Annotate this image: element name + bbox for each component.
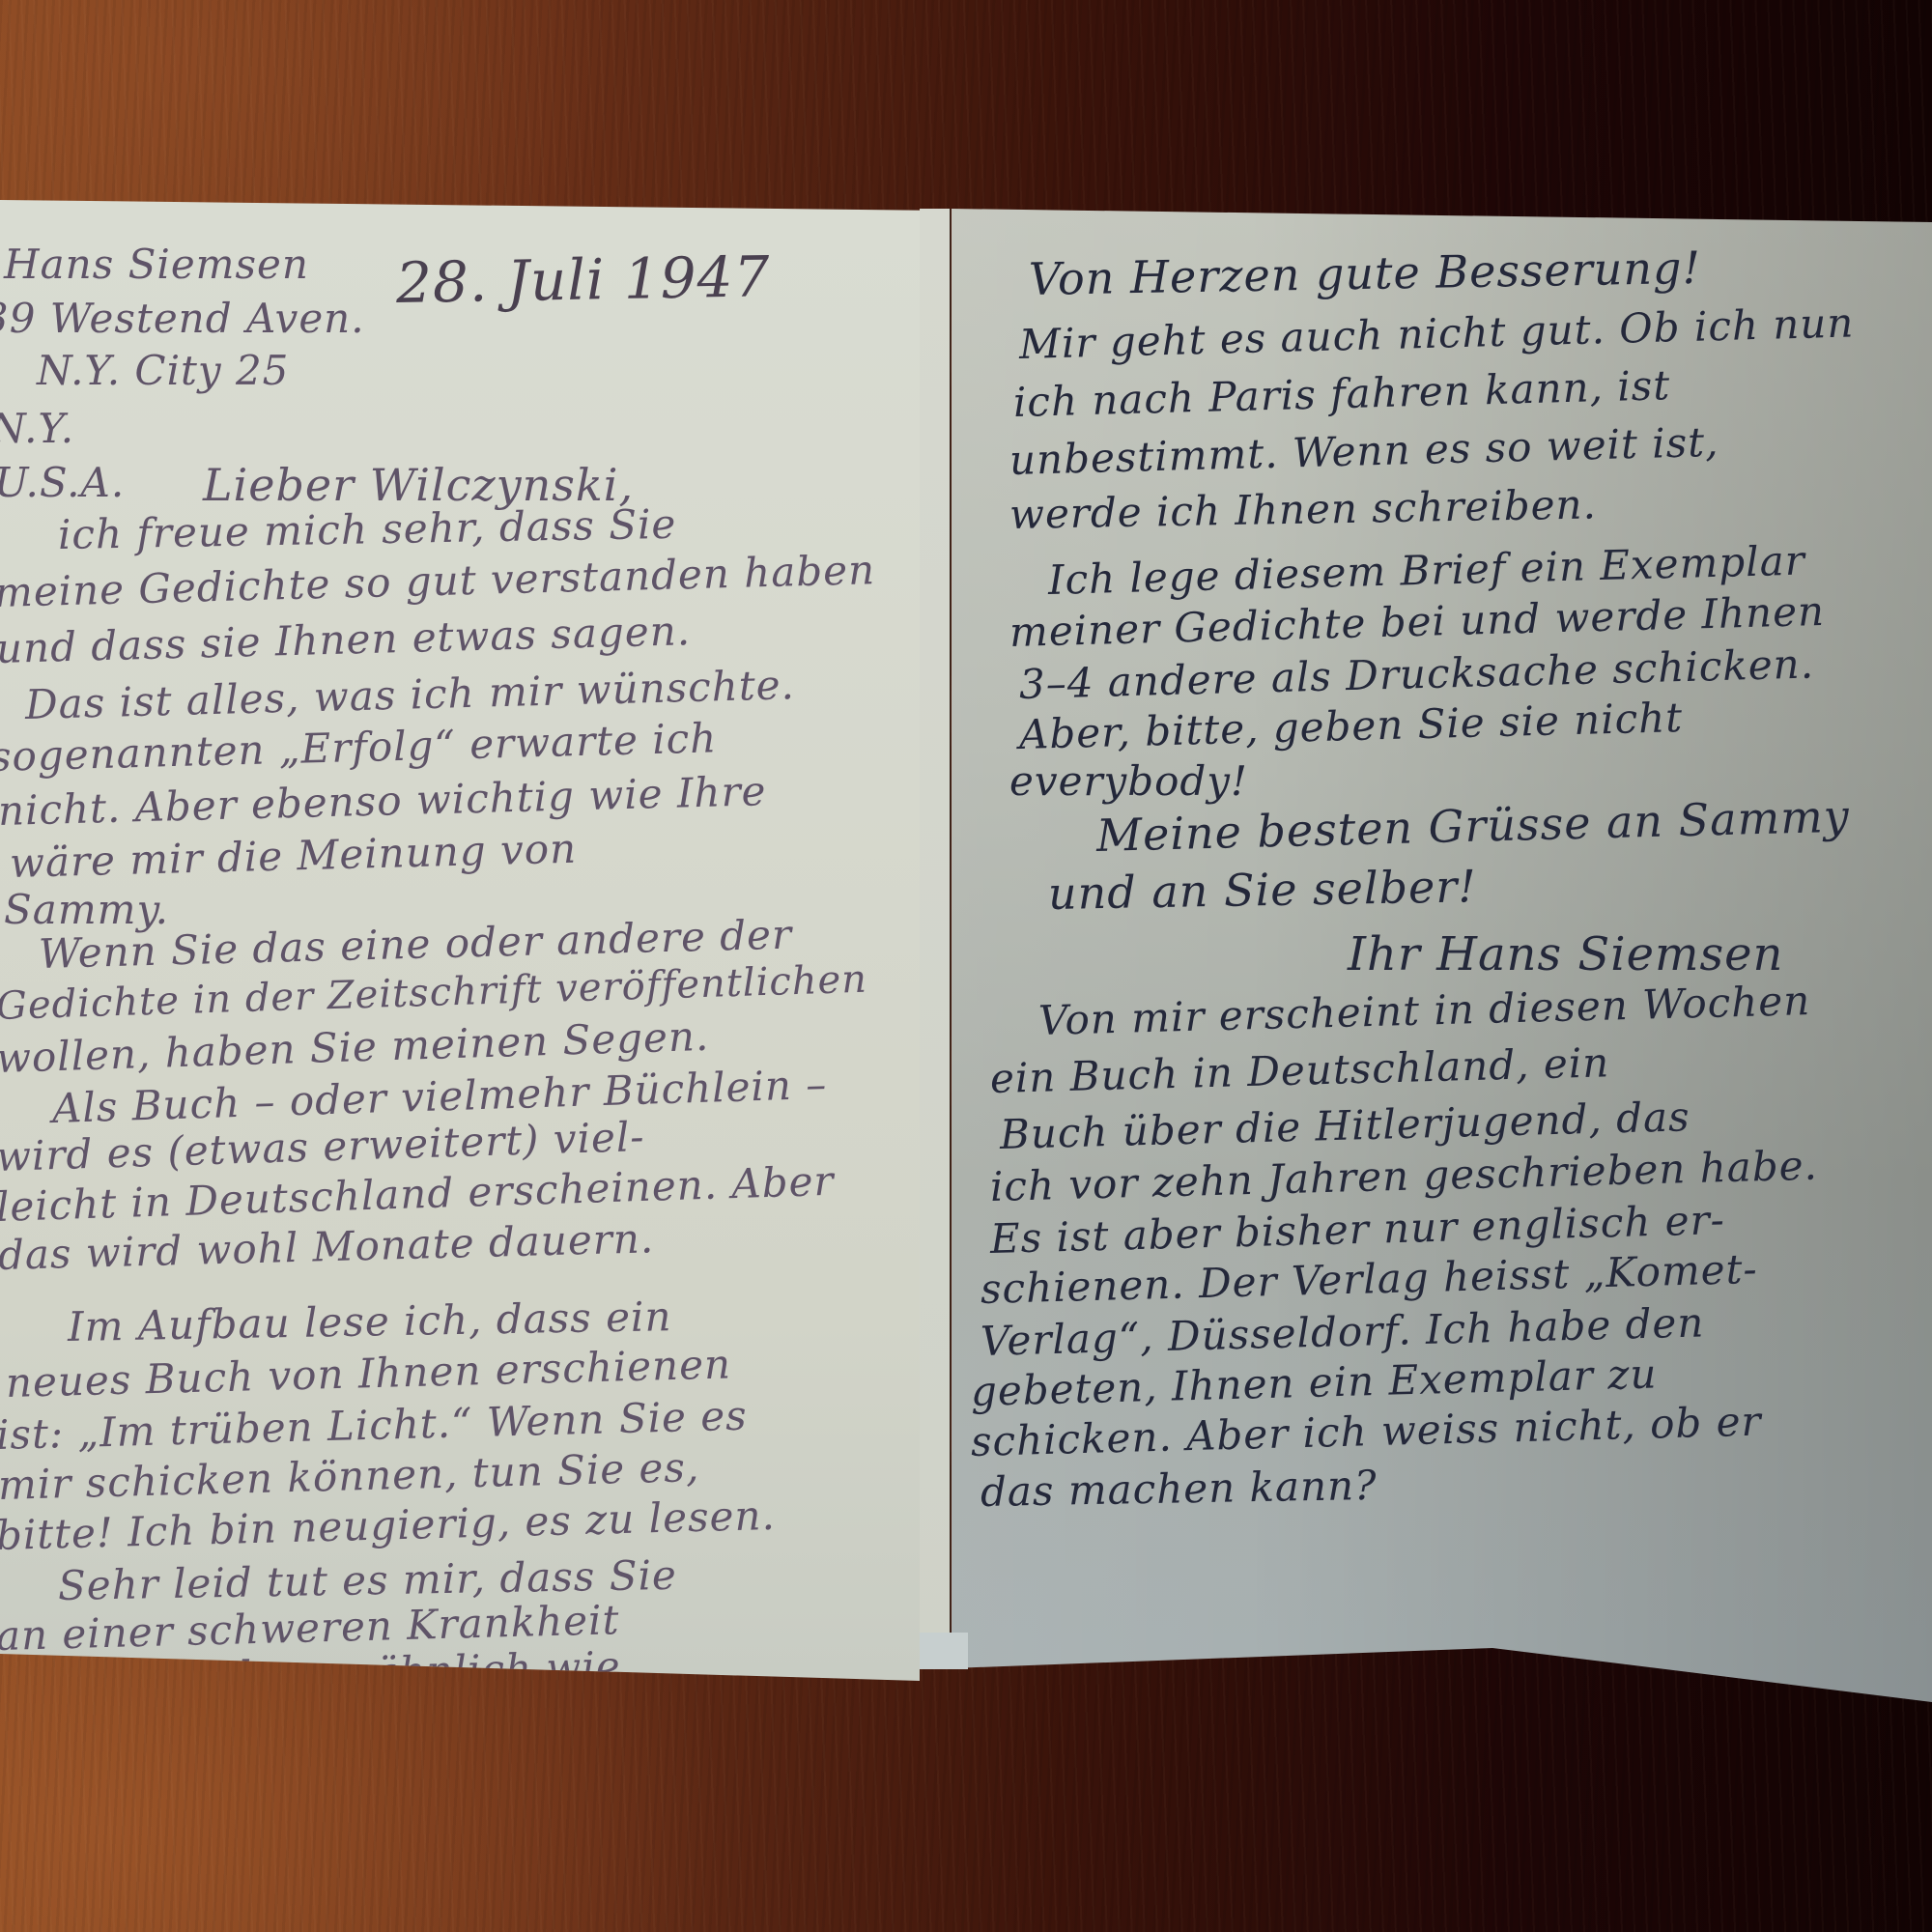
sender-country: U.S.A. <box>0 459 125 506</box>
postscript-line: ein Buch in Deutschland, ein <box>989 1038 1609 1102</box>
letter-line: nicht. Aber ebenso wichtig wie Ihre <box>0 767 767 835</box>
letter-line: wäre mir die Meinung von <box>9 825 577 887</box>
letter-line: Mir geht es auch nicht gut. Ob ich nun <box>1018 298 1855 368</box>
sender-city: N.Y. City 25 <box>37 347 289 394</box>
letter-line: unbestimmt. Wenn es so weit ist, <box>1009 418 1719 484</box>
letter-page-right: Von Herzen gute Besserung! Mir geht es a… <box>952 209 1932 1702</box>
signature: Ihr Hans Siemsen <box>1348 927 1783 981</box>
letter-page-left: Hans Siemsen 39 Westend Aven. N.Y. City … <box>0 200 920 1681</box>
letter-line: ich freue mich sehr, dass Sie <box>58 500 677 558</box>
letter-line: Sammy. <box>4 886 169 933</box>
sender-state: N.Y. <box>0 405 74 452</box>
letter-date: 28. Juli 1947 <box>395 243 771 316</box>
left-page-edge <box>920 209 951 1667</box>
letter-line: Im Aufbau lese ich, dass ein <box>68 1293 672 1350</box>
letter-line: everybody! <box>1009 757 1248 805</box>
letter-line: und dass sie Ihnen etwas sagen. <box>0 607 692 672</box>
sender-street: 39 Westend Aven. <box>0 295 365 342</box>
postscript-line: Von mir erscheint in diesen Wochen <box>1037 977 1810 1044</box>
sender-name: Hans Siemsen <box>4 241 309 288</box>
letter-line: ich nach Paris fahren kann, ist <box>1012 361 1670 426</box>
letter-line: werde ich Ihnen schreiben. <box>1009 480 1598 538</box>
postscript-line: das machen kann? <box>980 1462 1378 1516</box>
letter-line: Von Herzen gute Besserung! <box>1029 241 1702 305</box>
right-page-bottom-corner <box>920 1633 968 1669</box>
closing-line: und an Sie selber! <box>1048 860 1478 920</box>
